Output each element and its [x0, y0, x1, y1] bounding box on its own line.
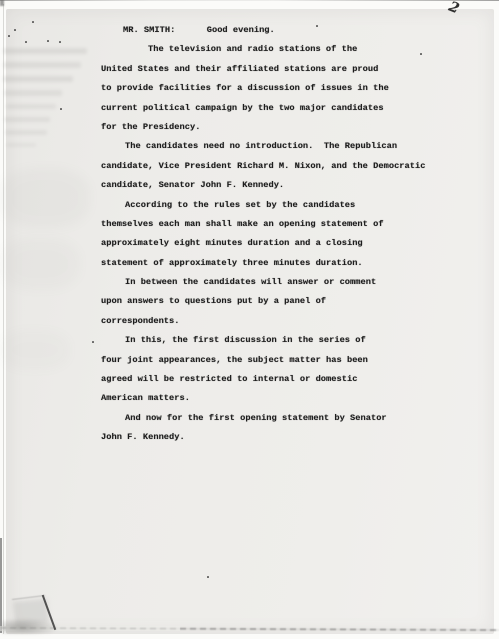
transcript-line: for the Presidency.: [101, 118, 491, 137]
transcript-text: MR. SMITH: Good evening.The television a…: [101, 21, 491, 448]
scan-speck: [14, 29, 16, 31]
bleed-through-streak: [3, 76, 73, 82]
bleed-through-streak: [6, 104, 56, 109]
transcript-line: to provide facilities for a discussion o…: [101, 79, 491, 98]
transcript-line: American matters.: [101, 389, 491, 408]
transcript-line: agreed will be restricted to internal or…: [101, 370, 491, 389]
paper-smudge: [0, 330, 70, 370]
scan-speck: [160, 66, 162, 68]
scan-speck: [47, 40, 49, 42]
bleed-through-streak: [4, 90, 62, 96]
transcript-line: upon answers to questions put by a panel…: [101, 292, 491, 311]
scan-speck: [8, 35, 10, 37]
paper-smudge: [0, 238, 80, 290]
scan-speck: [25, 41, 27, 43]
transcript-line: four joint appearances, the subject matt…: [101, 351, 491, 370]
scan-speck: [316, 25, 318, 27]
bleed-through-streak: [3, 48, 87, 54]
transcript-line: The television and radio stations of the: [148, 40, 491, 59]
bleed-through-streak: [6, 143, 36, 147]
paper-smudge: [0, 168, 90, 228]
scan-speck: [59, 41, 61, 43]
transcript-line: The candidates need no introduction. The…: [125, 137, 491, 156]
scan-top-edge: [0, 0, 499, 1]
bleed-through-streak: [3, 62, 81, 68]
transcript-line: statement of approximately three minutes…: [101, 254, 491, 273]
document-scan: MR. SMITH: Good evening.The television a…: [0, 0, 499, 639]
paper-left-edge: [3, 4, 4, 634]
transcript-line: In between the candidates will answer or…: [125, 273, 491, 292]
transcript-line: MR. SMITH: Good evening.: [123, 21, 491, 40]
transcript-line: candidate, Vice President Richard M. Nix…: [101, 157, 491, 176]
transcript-line: According to the rules set by the candid…: [125, 196, 491, 215]
transcript-line: In this, the first discussion in the ser…: [125, 331, 491, 350]
bleed-through-streak: [4, 117, 50, 122]
bleed-through-streak: [5, 130, 47, 135]
transcript-line: approximately eight minutes duration and…: [101, 234, 491, 253]
transcript-line: current political campaign by the two ma…: [101, 99, 491, 118]
bottom-left-smudge: [2, 618, 60, 634]
transcript-line: And now for the first opening statement …: [125, 409, 491, 428]
corner-speck: [0, 0, 4, 6]
transcript-line: candidate, Senator John F. Kennedy.: [101, 176, 491, 195]
transcript-line: correspondents.: [101, 312, 491, 331]
transcript-line: themselves each man shall make an openin…: [101, 215, 491, 234]
scan-speck: [420, 53, 422, 55]
scan-speck: [60, 108, 62, 110]
scan-speck: [92, 341, 94, 343]
scan-speck: [207, 576, 209, 578]
scan-speck: [32, 21, 34, 23]
transcript-line: John F. Kennedy.: [101, 428, 491, 447]
transcript-line: United States and their affiliated stati…: [101, 60, 491, 79]
